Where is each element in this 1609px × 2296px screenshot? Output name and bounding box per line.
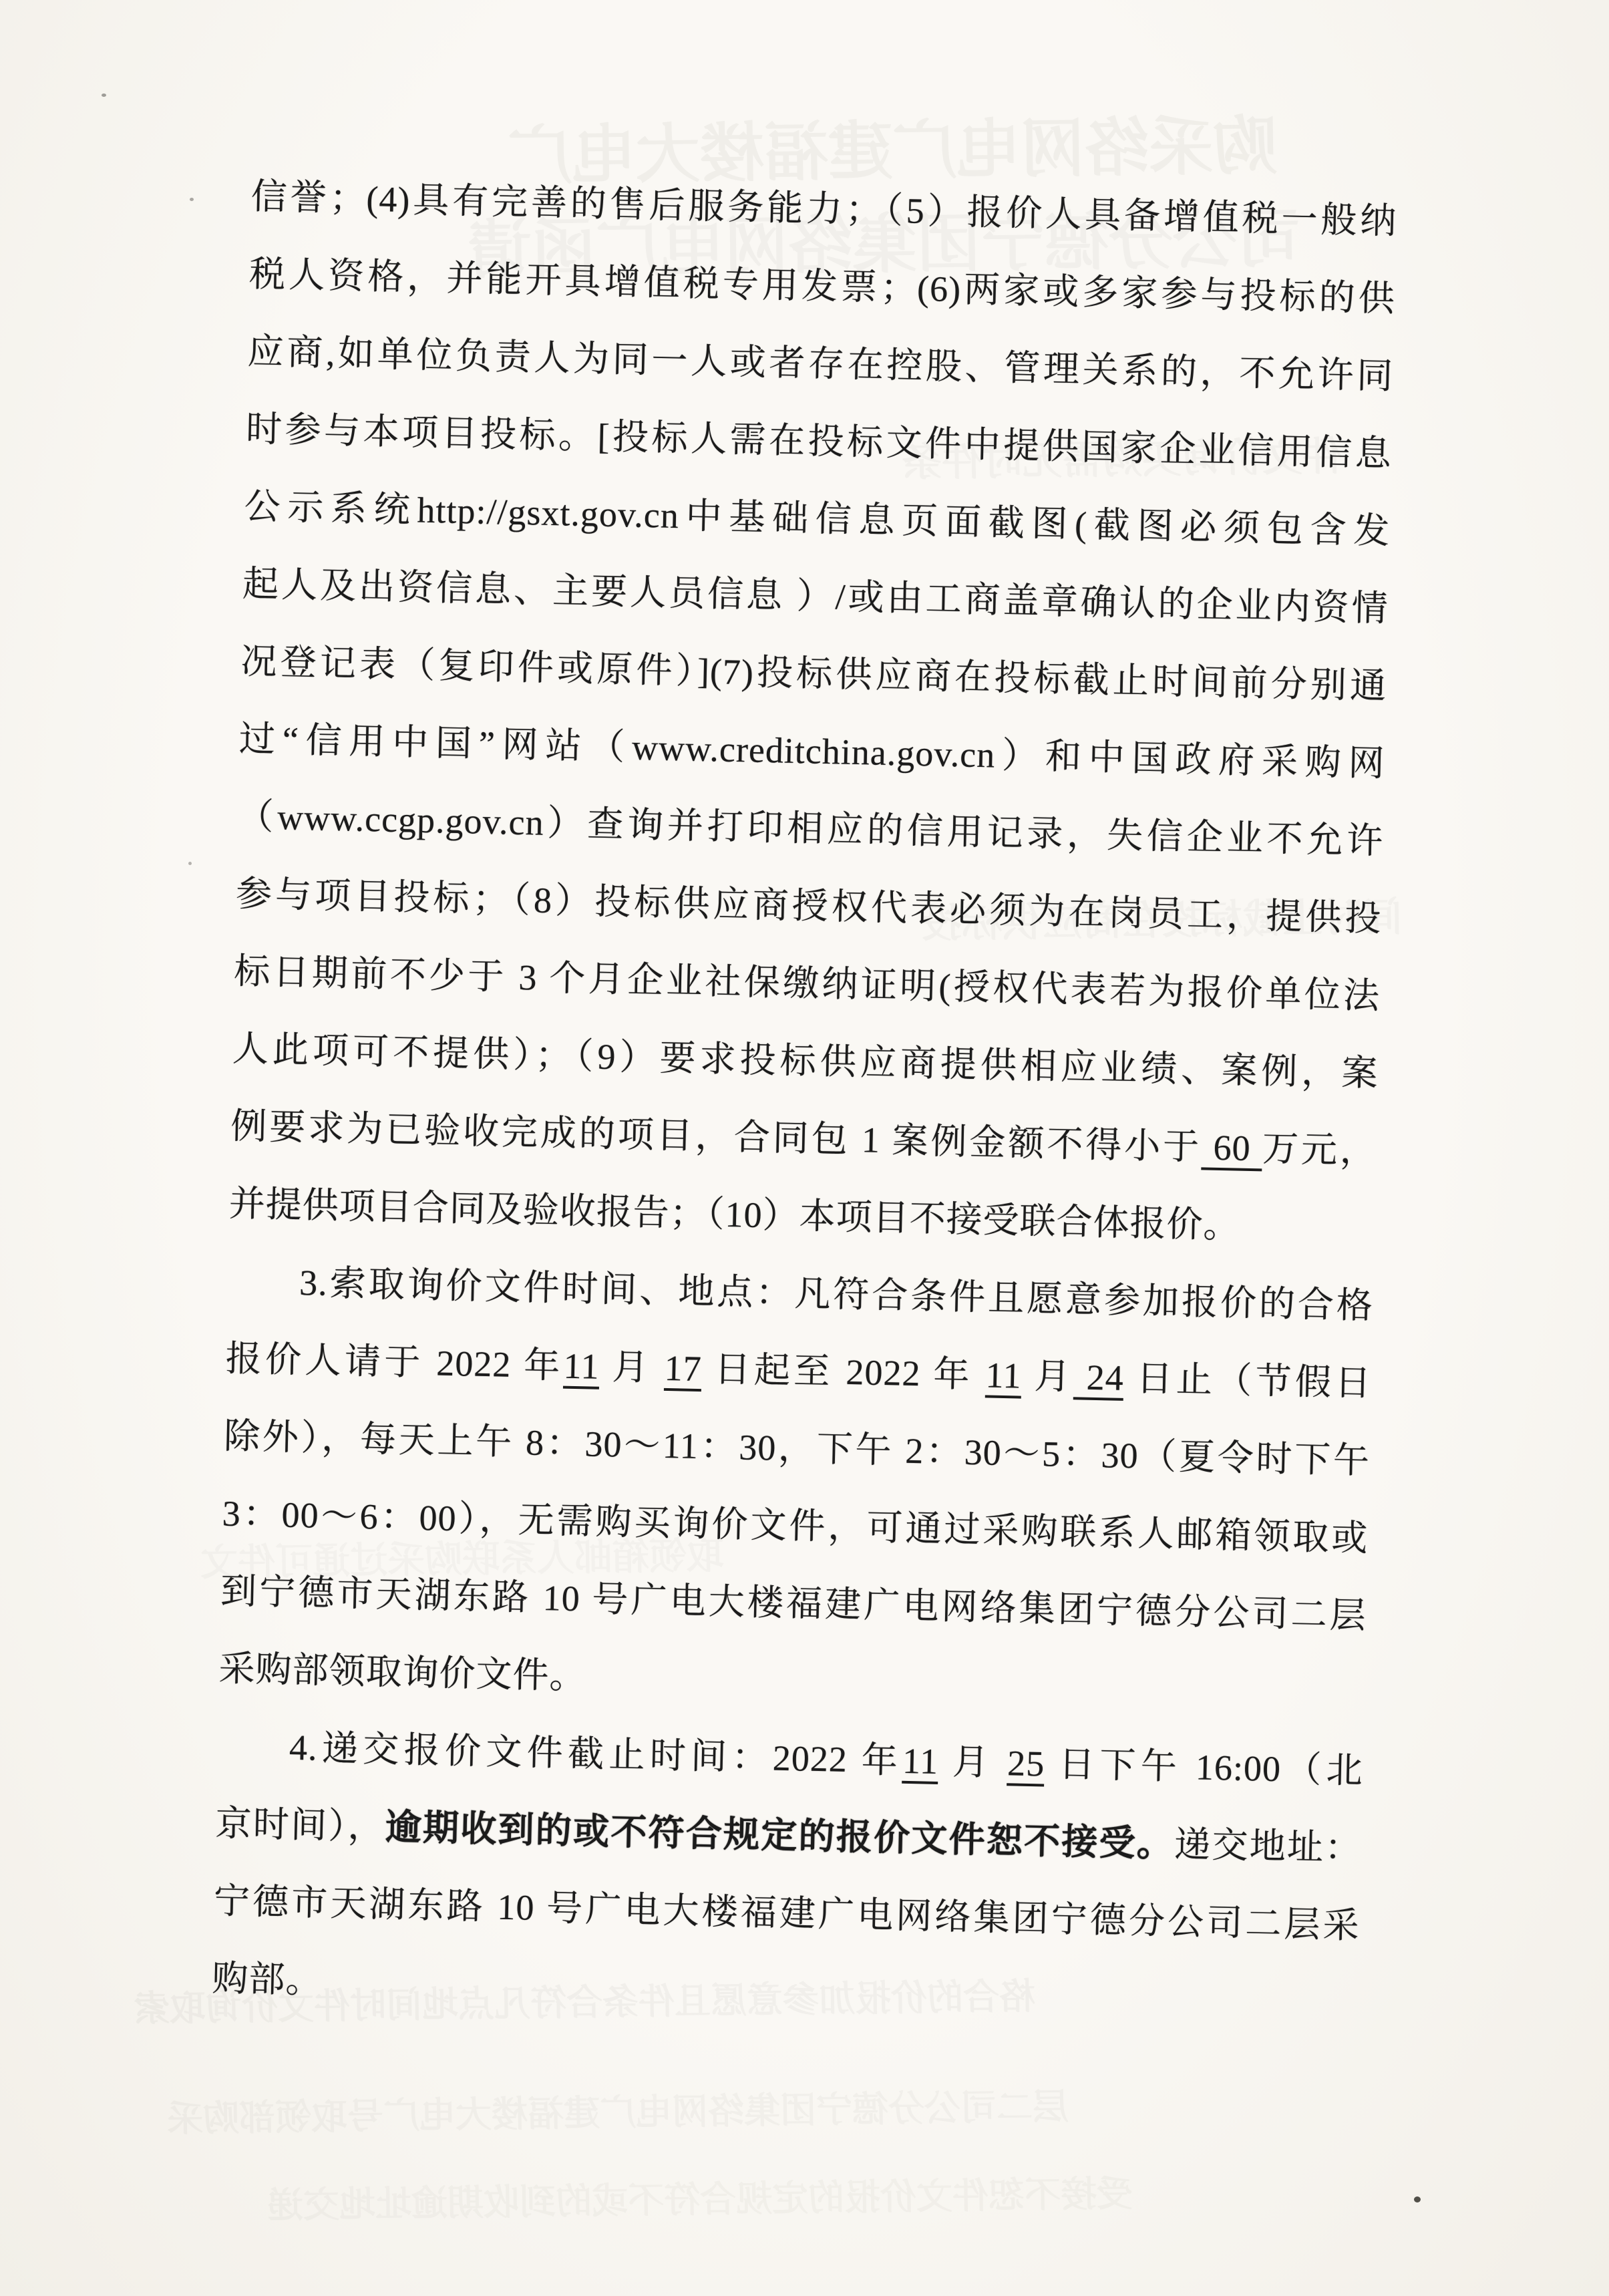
text-segment: （www.ccgp.gov.cn）查询并打印相应的信用记录，失信企业不允许 xyxy=(237,796,1384,861)
bold-text: 逾期收到的或不符合规定的报价文件恕不接受。 xyxy=(385,1807,1175,1864)
text-segment: 并提供项目合同及验收报告；（10）本项目不接受联合体报价。 xyxy=(228,1184,1240,1246)
scan-speck xyxy=(188,862,192,865)
text-segment: 税人资格，并能开具增值税专用发票；(6)两家或多家参与投标的供 xyxy=(249,254,1396,319)
text-segment: 月 xyxy=(1021,1356,1075,1398)
underlined-value: 11 xyxy=(563,1346,600,1389)
text-segment: 递交地址： xyxy=(1174,1824,1362,1868)
underlined-value: 11 xyxy=(985,1355,1022,1398)
underlined-value: 24 xyxy=(1073,1357,1124,1401)
text-segment: 购部。 xyxy=(212,1958,323,2001)
underlined-value: 25 xyxy=(1007,1743,1045,1786)
underlined-value: 11 xyxy=(902,1741,938,1784)
text-segment: 过“信用中国”网站（www.creditchina.gov.cn）和中国政府采购… xyxy=(238,719,1385,784)
scanned-document-page: 购采络网电广建福楼大电广司公分德宁团集络网电广函请件文价询买购需无时件条间时止截… xyxy=(0,0,1609,2296)
text-segment: 人此项可不提供）；（9）要求投标供应商提供相应业绩、案例，案 xyxy=(232,1029,1379,1094)
text-segment: 万元， xyxy=(1262,1128,1377,1171)
text-segment: 例要求为已验收完成的项目，合同包 1 案例金额不得小于 xyxy=(230,1106,1202,1168)
text-segment: 宁德市天湖东路 10 号广电大楼福建广电网络集团宁德分公司二层采 xyxy=(213,1880,1360,1945)
text-segment: 4.递交报价文件截止时间：2022 年 xyxy=(289,1728,902,1781)
text-segment: 应商,如单位负责人为同一人或者存在控股、管理关系的，不允许同 xyxy=(247,331,1394,396)
text-segment: 标日期前不少于 3 个月企业社保缴纳证明(授权代表若为报价单位法 xyxy=(234,951,1381,1016)
text-segment: 报价人请于 2022 年 xyxy=(225,1339,564,1386)
text-segment: 日起至 2022 年 xyxy=(701,1349,986,1395)
text-segment: 日止（节假日 xyxy=(1123,1358,1372,1404)
text-segment: 月 xyxy=(599,1347,665,1388)
text-segment: 信誉；(4)具有完善的售后服务能力；（5）报价人具备增值税一般纳 xyxy=(250,176,1397,241)
text-segment: 采购部领取询价文件。 xyxy=(218,1648,586,1696)
scan-speck xyxy=(102,94,106,97)
scan-speck xyxy=(1414,2196,1421,2202)
text-segment: 公示系统http://gsxt.gov.cn中基础信息页面截图(截图必须包含发 xyxy=(244,486,1391,551)
underlined-value: 17 xyxy=(664,1348,702,1391)
scan-speck xyxy=(190,198,194,201)
text-segment: 除外），每天上午 8：30～11：30，下午 2：30～5：30（夏令时下午 xyxy=(224,1416,1371,1481)
underlined-value: 60 xyxy=(1201,1127,1262,1171)
text-segment: 月 xyxy=(938,1742,1007,1783)
text-segment: 3：00～6：00），无需购买询价文件，可通过采购联系人邮箱领取或 xyxy=(222,1494,1369,1559)
text-segment: 到宁德市天湖东路 10 号广电大楼福建广电网络集团宁德分公司二层 xyxy=(220,1571,1367,1635)
bleedthrough-ghost-text: 受接不恕件文价报的定规合符不或的到收期逾址地交递 xyxy=(267,2165,1133,2229)
text-segment: 参与项目投标；（8）投标供应商授权代表必须为在岗员工，提供投 xyxy=(235,874,1382,939)
text-segment: 起人及出资信息、主要人员信息 ）/或由工商盖章确认的企业内资情 xyxy=(242,564,1389,629)
text-segment: 京时间）， xyxy=(215,1803,386,1847)
document-text: 信誉；(4)具有完善的售后服务能力；（5）报价人具备增值税一般纳税人资格，并能开… xyxy=(211,158,1397,2042)
text-segment: 日下午 16:00（北 xyxy=(1045,1744,1364,1790)
bleedthrough-ghost-text: 层二司公分德宁团集络网电广建福楼大电广号取领部购采 xyxy=(167,2078,1069,2142)
text-segment: 3.索取询价文件时间、地点：凡符合条件且愿意参加报价的合格 xyxy=(299,1263,1374,1326)
text-segment: 况登记表（复印件或原件）](7)投标供应商在投标截止时间前分别通 xyxy=(240,641,1387,706)
text-segment: 时参与本项目投标。[投标人需在投标文件中提供国家企业信用信息 xyxy=(245,409,1392,474)
